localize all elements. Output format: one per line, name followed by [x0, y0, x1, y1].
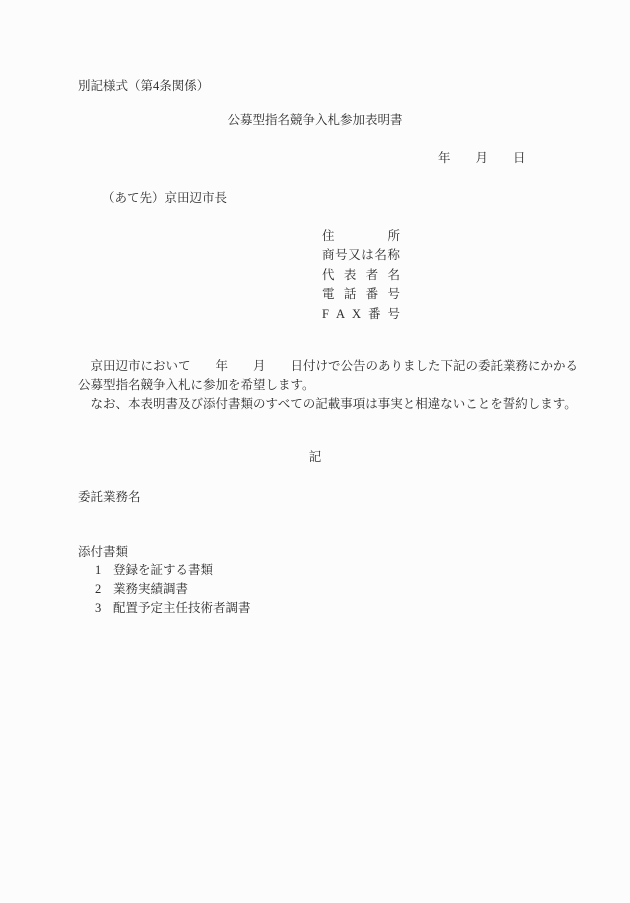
attachment-item-label: 配置予定主任技術者調書	[113, 601, 251, 615]
attachment-item-label: 業務実績調書	[113, 582, 188, 596]
declaration-line-3: なお、本表明書及び添付書類のすべての記載事項は事実と相違ないことを誓約します。	[78, 395, 578, 414]
address-field-label: 住所	[322, 227, 400, 246]
field-row-company-name: 商号又は名称	[322, 246, 400, 265]
company-name-field-label: 商号又は名称	[322, 246, 400, 265]
attachment-item: 3配置予定主任技術者調書	[95, 599, 251, 618]
attachment-item: 2業務実績調書	[95, 580, 251, 599]
declaration-line-2: 公募型指名競争入札に参加を希望します。	[78, 376, 578, 395]
attachments-heading: 添付書類	[78, 545, 128, 560]
attachment-list: 1登録を証する書類 2業務実績調書 3配置予定主任技術者調書	[95, 561, 251, 619]
declaration-paragraph: 京田辺市において 年 月 日付けで公告のありました下記の委託業務にかかる 公募型…	[78, 357, 578, 413]
field-row-representative: 代表者名	[322, 266, 400, 285]
phone-field-label: 電話番号	[322, 285, 400, 304]
page-title: 公募型指名競争入札参加表明書	[0, 113, 630, 128]
record-marker: 記	[0, 450, 630, 465]
representative-field-label: 代表者名	[322, 266, 400, 285]
applicant-fields: 住所 商号又は名称 代表者名 電話番号 FAX番号	[322, 227, 400, 324]
date-blank-line: 年 月 日	[438, 151, 526, 166]
field-row-phone: 電話番号	[322, 285, 400, 304]
attachment-item-number: 3	[95, 599, 113, 618]
attachment-item-number: 1	[95, 561, 113, 580]
declaration-line-1: 京田辺市において 年 月 日付けで公告のありました下記の委託業務にかかる	[78, 357, 578, 376]
attachment-item-number: 2	[95, 580, 113, 599]
fax-field-label: FAX番号	[322, 305, 400, 324]
attachment-item: 1登録を証する書類	[95, 561, 251, 580]
addressee-line: （あて先）京田辺市長	[102, 191, 227, 206]
business-name-label: 委託業務名	[78, 490, 141, 505]
document-page: 別記様式（第4条関係） 公募型指名競争入札参加表明書 年 月 日 （あて先）京田…	[0, 0, 630, 903]
field-row-address: 住所	[322, 227, 400, 246]
attachment-item-label: 登録を証する書類	[113, 563, 213, 577]
field-row-fax: FAX番号	[322, 305, 400, 324]
form-style-note: 別記様式（第4条関係）	[78, 79, 209, 94]
